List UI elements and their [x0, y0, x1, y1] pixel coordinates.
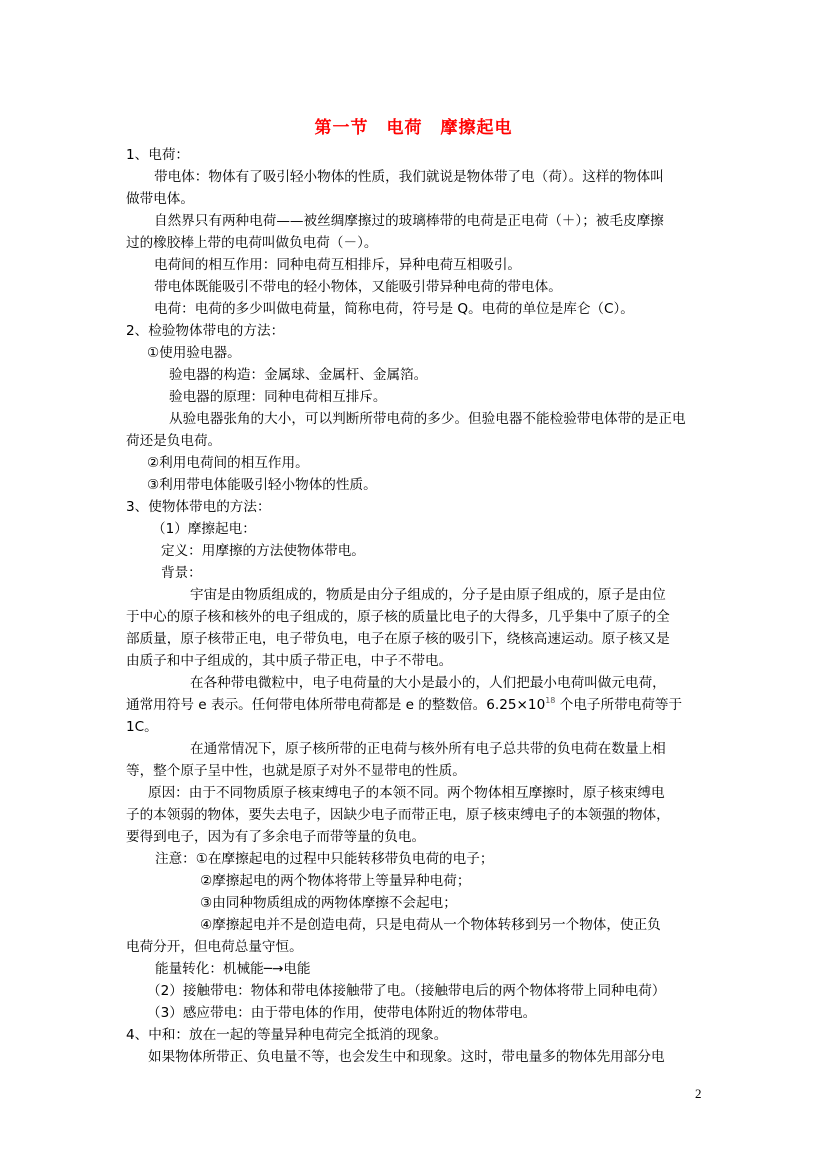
paragraph-line: 通常用符号 e 表示。任何带电体所带电荷都是 e 的整数倍。6.25×1018 …	[126, 696, 682, 714]
paragraph-line: 电荷：电荷的多少叫做电荷量，简称电荷，符号是 Q。电荷的单位是库仑（C）。	[154, 300, 634, 318]
definition-line: 定义：用摩擦的方法使物体带电。	[161, 542, 365, 560]
page-title: 第一节 电荷 摩擦起电	[0, 113, 827, 138]
paragraph-line: 验电器的构造：金属球、金属杆、金属箔。	[169, 366, 427, 384]
paragraph-line: 验电器的原理：同种电荷相互排斥。	[169, 388, 387, 406]
paragraph-line: 从验电器张角的大小，可以判断所带电荷的多少。但验电器不能检验带电体带的是正电	[169, 410, 686, 428]
text-run: 个电子所带电荷等于	[555, 697, 682, 713]
paragraph-line: 由质子和中子组成的，其中质子带正电，中子不带电。	[126, 652, 452, 670]
paragraph-line: 原因：由于不同物质原子核束缚电子的本领不同。两个物体相互摩擦时，原子核束缚电	[148, 784, 665, 802]
note-item: ③由同种物质组成的两物体摩擦不会起电；	[200, 894, 457, 912]
list-item: ②利用电荷间的相互作用。	[147, 454, 309, 472]
subsection-heading: （3）感应带电：由于带电体的作用，使带电体附近的物体带电。	[147, 1004, 536, 1022]
paragraph-line: 在通常情况下，原子核所带的正电荷与核外所有电子总共带的负电荷在数量上相	[190, 740, 666, 758]
section-1-heading: 1、电荷：	[126, 146, 189, 164]
list-item: ①使用验电器。	[147, 344, 241, 362]
note-item: ②摩擦起电的两个物体将带上等量异种电荷；	[200, 872, 470, 890]
paragraph-line: 荷还是负电荷。	[126, 432, 221, 450]
energy-conversion-line: 能量转化：机械能─→电能	[155, 960, 311, 978]
paragraph-line: 如果物体所带正、负电量不等，也会发生中和现象。这时，带电量多的物体先用部分电	[148, 1048, 665, 1066]
exponent: 18	[545, 696, 555, 705]
paragraph-line: 做带电体。	[126, 190, 194, 208]
page-number: 2	[695, 1086, 702, 1102]
paragraph-line: 带电体：物体有了吸引轻小物体的性质，我们就说是物体带了电（荷）。这样的物体叫	[154, 168, 664, 186]
paragraph-line: 于中心的原子核和核外的电子组成的，原子核的质量比电子的大得多，几乎集中了原子的全	[126, 608, 670, 626]
subsection-heading: （1）摩擦起电：	[152, 520, 256, 538]
paragraph-line: 1C。	[126, 718, 158, 736]
background-label: 背景：	[161, 564, 202, 582]
text-run: 通常用符号 e 表示。任何带电体所带电荷都是 e 的整数倍。6.25×10	[126, 697, 545, 713]
section-2-heading: 2、检验物体带电的方法：	[126, 322, 284, 340]
paragraph-line: 宇宙是由物质组成的，物质是由分子组成的，分子是由原子组成的，原子是由位	[190, 586, 666, 604]
paragraph-line: 在各种带电微粒中，电子电荷量的大小是最小的，人们把最小电荷叫做元电荷，	[190, 674, 666, 692]
paragraph-line: 过的橡胶棒上带的电荷叫做负电荷（－）。	[126, 234, 377, 252]
document-page: 第一节 电荷 摩擦起电 1、电荷： 带电体：物体有了吸引轻小物体的性质，我们就说…	[0, 0, 827, 1170]
paragraph-line: 子的本领弱的物体，要失去电子，因缺少电子而带正电，原子核束缚电子的本领强的物体，	[126, 806, 670, 824]
subsection-heading: （2）接触带电：物体和带电体接触带了电。（接触带电后的两个物体将带上同种电荷）	[147, 982, 665, 1000]
note-item: ④摩擦起电并不是创造电荷，只是电荷从一个物体转移到另一个物体，使正负	[200, 916, 661, 934]
section-3-heading: 3、使物体带电的方法：	[126, 498, 271, 516]
paragraph-line: 等，整个原子呈中性，也就是原子对外不显带电的性质。	[126, 762, 466, 780]
list-item: ③利用带电体能吸引轻小物体的性质。	[147, 476, 377, 494]
note-item: 注意：①在摩擦起电的过程中只能转移带负电荷的电子；	[155, 850, 493, 868]
paragraph-line: 自然界只有两种电荷——被丝绸摩擦过的玻璃棒带的电荷是正电荷（＋）；被毛皮摩擦	[154, 212, 664, 230]
paragraph-line: 要得到电子，因为有了多余电子而带等量的负电。	[126, 828, 425, 846]
paragraph-line: 带电体既能吸引不带电的轻小物体，又能吸引带异种电荷的带电体。	[154, 278, 562, 296]
section-4-heading: 4、中和：放在一起的等量异种电荷完全抵消的现象。	[126, 1026, 447, 1044]
paragraph-line: 部质量，原子核带正电，电子带负电，电子在原子核的吸引下，绕核高速运动。原子核又是	[126, 630, 670, 648]
paragraph-line: 电荷分开，但电荷总量守恒。	[126, 938, 303, 956]
paragraph-line: 电荷间的相互作用：同种电荷互相排斥，异种电荷互相吸引。	[154, 256, 521, 274]
